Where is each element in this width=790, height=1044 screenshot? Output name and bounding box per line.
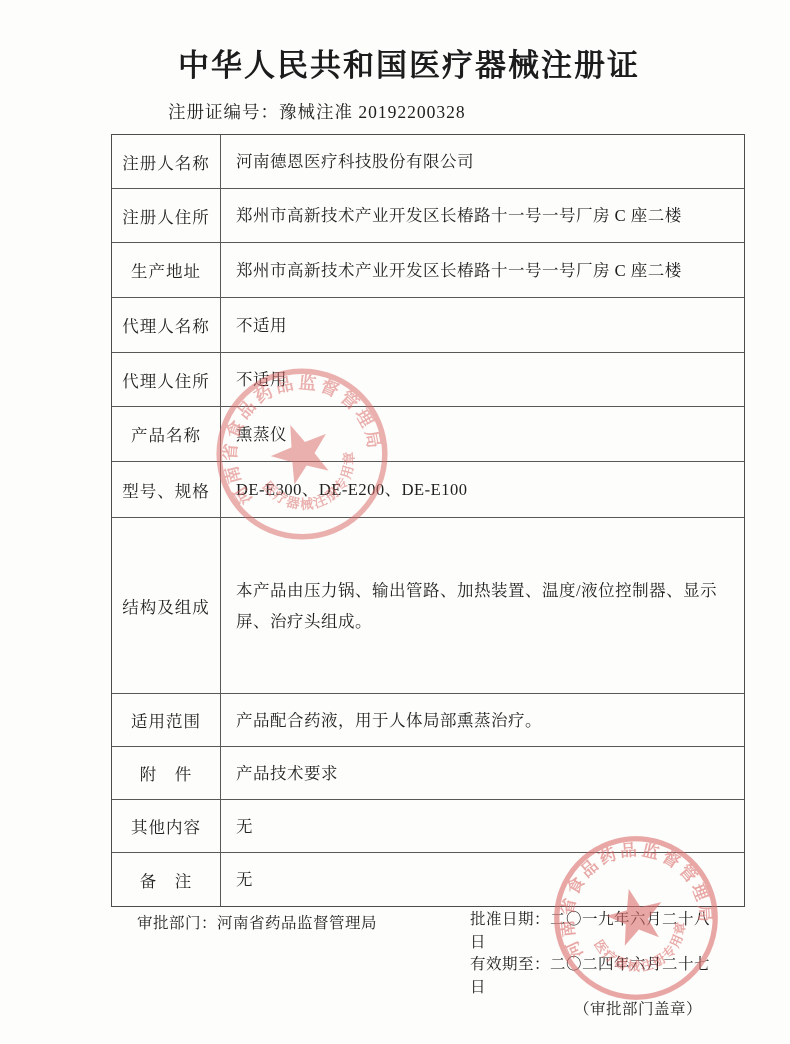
row-value: 郑州市高新技术产业开发区长椿路十一号一号厂房 C 座二楼 (221, 189, 744, 242)
cert-number-label: 注册证编号： (168, 102, 279, 122)
page-title: 中华人民共和国医疗器械注册证 (14, 40, 790, 85)
seal-note: （审批部门盖章） (470, 999, 720, 1022)
table-row-product-name: 产品名称 熏蒸仪 (112, 406, 744, 461)
cert-number-value: 豫械注准 20192200328 (279, 102, 466, 122)
table-row-agent-name: 代理人名称 不适用 (112, 297, 744, 352)
row-value: 产品技术要求 (221, 747, 744, 799)
row-label: 注册人名称 (112, 135, 221, 188)
certificate-page: 中华人民共和国医疗器械注册证 注册证编号：豫械注准 20192200328 注册… (0, 0, 790, 1044)
row-label: 其他内容 (112, 800, 221, 852)
row-value: DE-E300、DE-E200、DE-E100 (221, 462, 744, 517)
approval-date: 批准日期：二〇一九年六月二十八日 (470, 909, 720, 954)
row-label: 代理人住所 (112, 353, 221, 406)
row-label: 代理人名称 (112, 298, 221, 352)
table-row-agent-address: 代理人住所 不适用 (112, 352, 744, 406)
row-label: 备 注 (112, 853, 221, 906)
cert-number-line: 注册证编号：豫械注准 20192200328 (168, 99, 466, 124)
table-row-production-address: 生产地址 郑州市高新技术产业开发区长椿路十一号一号厂房 C 座二楼 (112, 242, 744, 297)
row-value: 无 (221, 800, 744, 852)
row-value: 产品配合药液，用于人体局部熏蒸治疗。 (221, 694, 744, 746)
row-value: 不适用 (221, 298, 744, 352)
certificate-table: 注册人名称 河南德恩医疗科技股份有限公司 注册人住所 郑州市高新技术产业开发区长… (111, 134, 745, 907)
approval-department: 审批部门：河南省药品监督管理局 (137, 911, 377, 933)
row-label: 型号、规格 (112, 462, 221, 517)
table-row-remark: 备 注 无 (112, 852, 744, 906)
row-label: 注册人住所 (112, 189, 221, 242)
row-value: 熏蒸仪 (221, 407, 744, 461)
table-row-registrant-address: 注册人住所 郑州市高新技术产业开发区长椿路十一号一号厂房 C 座二楼 (112, 188, 744, 242)
table-row-attachment: 附 件 产品技术要求 (112, 746, 744, 799)
row-value: 河南德恩医疗科技股份有限公司 (221, 135, 744, 188)
row-value: 郑州市高新技术产业开发区长椿路十一号一号厂房 C 座二楼 (221, 243, 744, 297)
row-value: 本产品由压力锅、输出管路、加热装置、温度/液位控制器、显示屏、治疗头组成。 (221, 518, 744, 693)
row-label: 结构及组成 (112, 518, 221, 693)
row-value: 不适用 (221, 353, 744, 406)
table-row-other: 其他内容 无 (112, 799, 744, 852)
row-value: 无 (221, 853, 744, 906)
table-row-structure: 结构及组成 本产品由压力锅、输出管路、加热装置、温度/液位控制器、显示屏、治疗头… (112, 517, 744, 693)
row-label: 附 件 (112, 747, 221, 799)
row-label: 适用范围 (112, 694, 221, 746)
table-row-registrant-name: 注册人名称 河南德恩医疗科技股份有限公司 (112, 135, 744, 188)
table-row-scope: 适用范围 产品配合药液，用于人体局部熏蒸治疗。 (112, 693, 744, 746)
row-label: 产品名称 (112, 407, 221, 461)
valid-until-date: 有效期至：二〇二四年六月二十七日 (470, 954, 720, 999)
row-label: 生产地址 (112, 243, 221, 297)
footer-dates: 批准日期：二〇一九年六月二十八日 有效期至：二〇二四年六月二十七日 （审批部门盖… (470, 909, 720, 1022)
table-row-model-spec: 型号、规格 DE-E300、DE-E200、DE-E100 (112, 461, 744, 517)
